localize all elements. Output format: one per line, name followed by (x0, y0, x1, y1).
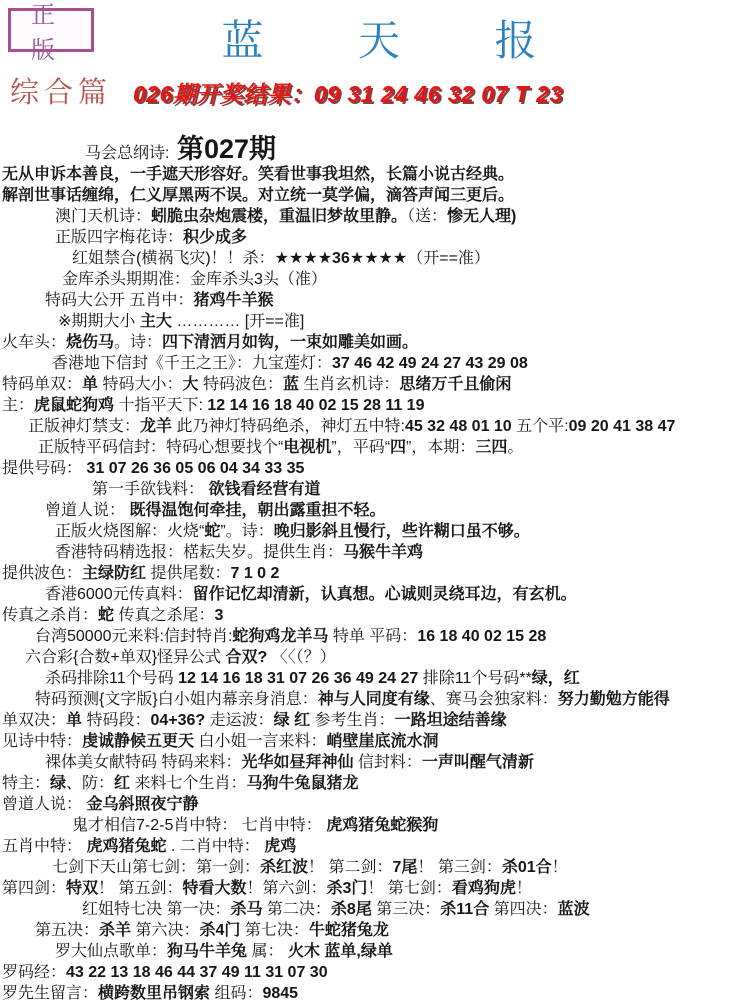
report-line: 红姐特七决 第一决：杀马 第二决：杀8尾 第三决：杀11合 第四决：蓝波 (0, 899, 730, 920)
line-segment: 第一手欲钱料： (92, 481, 208, 498)
line-segment: 马猴牛羊鸡 (343, 544, 423, 561)
line-segment: 无从申诉本善良，一手遮天形容好。笑看世事我坦然，长篇小说古经典。 (2, 166, 514, 183)
line-segment: 六合彩{合数+单双}怪异公式 (25, 649, 225, 666)
line-segment: 杀8尾 (331, 901, 372, 918)
line-segment: 。诗： (114, 334, 162, 351)
line-segment: 曾道人说： (2, 796, 86, 813)
line-segment: 烧伤马 (66, 334, 114, 351)
line-segment: 努力勤勉方能得 (558, 691, 670, 708)
line-segment: 特码大小： (98, 376, 182, 393)
line-segment: 白小姐一言来料： (194, 733, 326, 750)
line-segment: 属： (247, 943, 288, 960)
line-segment: 09 20 41 38 47 (569, 418, 676, 435)
line-segment: 特主： (2, 775, 50, 792)
line-segment: 留作记忆却清新，认真想。心诚则灵绕耳边，有玄机。 (193, 586, 577, 603)
line-segment: 解剖世事话缠绵，仁义厚黑两不误。对立统一莫学偏，滴答声闻三更后。 (2, 187, 514, 204)
report-line: 特码单双：单 特码大小：大 特码波色：蓝 生肖玄机诗：思绪万千且偷闲 (0, 374, 730, 395)
line-segment: 三四 (475, 439, 507, 456)
line-segment: 杀码排除11个号码 (45, 670, 178, 687)
line-segment: 31 07 26 36 05 06 04 34 33 35 (86, 460, 304, 477)
line-segment: 特看大数 (182, 880, 246, 897)
line-segment: 红姐禁合(横祸飞灾)！！杀： (72, 250, 275, 267)
line-segment: 16 18 40 02 15 28 (417, 628, 546, 645)
report-line: 见诗中特：虔诚静候五更天 白小姐一言来料：峭壁崖底流水洞 (0, 731, 730, 752)
line-segment: 特双 (66, 880, 98, 897)
line-segment: 主大 (140, 313, 172, 330)
line-segment: ※期期大小 (58, 313, 140, 330)
line-segment: 组码： (210, 985, 262, 1002)
report-line: 香港特码精选报：楛耘失岁。提供生肖：马猴牛羊鸡 (0, 542, 730, 563)
line-segment: 走运波： (205, 712, 273, 729)
line-segment: ！ (516, 880, 532, 897)
line-segment: 五肖中特： (2, 838, 86, 855)
line-segment: 金乌斜照夜宁静 (86, 796, 198, 813)
report-header: 正 版 蓝 天 报 综合篇 026期开奖结果：09 31 24 46 32 07… (0, 0, 730, 132)
line-segment: 鬼才相信7-2-5肖中特： 七肖中特： (72, 817, 326, 834)
line-segment: 四下清洒月如钩，一束如雕美如画。 (162, 334, 418, 351)
line-segment: 主绿防红 (82, 565, 146, 582)
line-segment: 四 (390, 439, 406, 456)
line-segment: 合双? (225, 649, 267, 666)
line-segment: 传真之杀肖： (2, 607, 98, 624)
line-segment: 台湾50000元来料:信封特肖: (35, 628, 232, 645)
line-segment: 3 (214, 607, 223, 624)
line-segment: 特码预测{文字版}白小姐内幕亲身消息： (35, 691, 318, 708)
line-segment: 绿，红 (532, 670, 580, 687)
line-segment: 第二决： (262, 901, 330, 918)
report-line: 曾道人说： 金乌斜照夜宁静 (0, 794, 730, 815)
line-segment: 参考生肖： (310, 712, 394, 729)
line-segment: 单 (82, 376, 98, 393)
line-segment: 杀羊 (99, 922, 131, 939)
line-segment: ！ 第三剑： (417, 859, 501, 876)
line-segment: 。 (507, 439, 523, 456)
line-segment: 9845 (262, 985, 298, 1002)
line-segment: 欲钱看经营有道 (208, 481, 320, 498)
line-segment: 提供号码： (2, 460, 86, 477)
line-segment: 特单 平码： (328, 628, 417, 645)
report-line: 五肖中特： 虎鸡猪兔蛇 . 二肖中特： 虎鸡 (0, 836, 730, 857)
line-segment: 排除11个号码** (418, 670, 532, 687)
line-segment: ★★★★36★★★★ (275, 250, 408, 267)
report-line: 罗大仙点歌单：狗马牛羊兔 属： 火木 蓝单,绿单 (0, 941, 730, 962)
line-segment: 45 32 48 01 10 (405, 418, 512, 435)
line-segment: 12 14 16 18 31 07 26 36 49 24 27 (178, 670, 418, 687)
line-segment: 杀4门 (199, 922, 240, 939)
line-segment: ………… [开==准] (172, 313, 304, 330)
line-segment: 特码波色： (199, 376, 283, 393)
line-segment: 此乃神灯特码绝杀，神灯五中特: (172, 418, 405, 435)
line-segment: 单 (66, 712, 82, 729)
line-segment: 04+36? (150, 712, 205, 729)
line-segment: 十指平天下: (114, 397, 207, 414)
line-segment: 裸体美女献特码 特码来料： (45, 754, 241, 771)
report-line: 正版四字梅花诗：积少成多 (0, 227, 730, 248)
report-line: 提供波色：主绿防红 提供尾数：7 1 0 2 (0, 563, 730, 584)
line-segment: 火车头： (2, 334, 66, 351)
report-line: 单双决：单 特码段：04+36? 走运波：绿 红 参考生肖：一路坦途结善缘 (0, 710, 730, 731)
line-segment: ！ 第五剑： (98, 880, 182, 897)
report-line: 杀码排除11个号码 12 14 16 18 31 07 26 36 49 24 … (0, 668, 730, 689)
line-segment: 第五决： (35, 922, 99, 939)
report-line: 金库杀头期期准：金库杀头3头（准） (0, 269, 730, 290)
report-line: 正版特平码信封：特码心想要找个“电视机”，平码“四”，本期：三四。 (0, 437, 730, 458)
report-line: 第五决：杀羊 第六决：杀4门 第七决：牛蛇猪兔龙 (0, 920, 730, 941)
line-segment: 、赛马会独家料： (430, 691, 558, 708)
line-segment: 第三决： (372, 901, 440, 918)
report-line: 罗先生留言：横跨数里吊钢索 组码：9845 (0, 983, 730, 1004)
report-line: 无从申诉本善良，一手遮天形容好。笑看世事我坦然，长篇小说古经典。 (0, 164, 730, 185)
line-segment: ”，本期： (406, 439, 475, 456)
line-segment: 猪鸡牛羊猴 (193, 292, 273, 309)
line-segment: 单双决： (2, 712, 66, 729)
line-segment: 思绪万千且偷闲 (399, 376, 511, 393)
line-segment: 提供波色： (2, 565, 82, 582)
line-segment: 杀红波 (260, 859, 308, 876)
line-segment: 生肖玄机诗： (299, 376, 399, 393)
line-segment: 积少成多 (183, 229, 247, 246)
line-segment: 虎鸡猪兔蛇猴狗 (326, 817, 438, 834)
report-line: 罗码经：43 22 13 18 46 44 37 49 11 31 07 30 (0, 962, 730, 983)
section-label: 综合篇 (10, 70, 112, 111)
line-segment: 罗大仙点歌单： (55, 943, 167, 960)
line-segment: 狗马牛羊兔 (167, 943, 247, 960)
report-line: 香港地下信封《千王之王》：九宝莲灯：37 46 42 49 24 27 43 2… (0, 353, 730, 374)
line-segment: （开==准） (407, 250, 490, 267)
line-segment: 杀01合 (502, 859, 552, 876)
line-segment: 横跨数里吊钢索 (98, 985, 210, 1002)
page-title: 蓝 天 报 (0, 8, 730, 68)
line-segment: 罗先生留言： (2, 985, 98, 1002)
line-segment: 来料七个生肖： (130, 775, 246, 792)
line-segment: 第七决： (240, 922, 308, 939)
report-line: 七剑下天山第七剑：第一剑：杀红波！ 第二剑：7尾！ 第三剑：杀01合！ (0, 857, 730, 878)
line-segment: 虎鸡猪兔蛇 (86, 838, 166, 855)
line-segment: 蓝波 (558, 901, 590, 918)
report-line: 鬼才相信7-2-5肖中特： 七肖中特： 虎鸡猪兔蛇猴狗 (0, 815, 730, 836)
report-line: 曾道人说： 既得温饱何牵挂，朝出露重担不轻。 (0, 500, 730, 521)
line-segment: 神与人同度有缘 (318, 691, 430, 708)
line-segment: 蛇狗鸡龙羊马 (232, 628, 328, 645)
line-segment: 第027期 (169, 134, 276, 164)
line-segment: 杀3门 (327, 880, 368, 897)
report-line: 第四剑：特双！ 第五剑：特看大数！第六剑：杀3门！ 第七剑：看鸡狗虎！ (0, 878, 730, 899)
report-line: 澳门天机诗：蚓脆虫杂炮震楼，重温旧梦故里静。（送：惨无人理) (0, 206, 730, 227)
line-segment: 蛇 (204, 523, 220, 540)
report-line: 传真之杀肖：蛇 传真之杀尾：3 (0, 605, 730, 626)
report-line: 裸体美女献特码 特码来料：光华如昼拜神仙 信封料：一声叫醒气清新 (0, 752, 730, 773)
line-segment: 虎鼠蛇狗鸡 (34, 397, 114, 414)
line-segment: 虎鸡 (264, 838, 296, 855)
report-line: 特码大公开 五肖中：猪鸡牛羊猴 (0, 290, 730, 311)
line-segment: 43 22 13 18 46 44 37 49 11 31 07 30 (66, 964, 328, 981)
line-segment: 第四决： (489, 901, 557, 918)
line-segment: 、防： (66, 775, 114, 792)
line-segment: 虔诚静候五更天 (82, 733, 194, 750)
line-segment: ”。诗： (220, 523, 273, 540)
line-segment: 主： (2, 397, 34, 414)
line-segment: 七剑下天山第七剑：第一剑： (52, 859, 260, 876)
line-segment: 一声叫醒气清新 (422, 754, 534, 771)
line-segment: 传真之杀尾： (114, 607, 214, 624)
line-segment: 牛蛇猪兔龙 (309, 922, 389, 939)
report-line: 红姐禁合(横祸飞灾)！！杀：★★★★36★★★★（开==准） (0, 248, 730, 269)
line-segment: ！ 第二剑： (308, 859, 392, 876)
line-segment: 〈〈（？） (267, 649, 335, 666)
line-segment: 香港地下信封《千王之王》：九宝莲灯： (52, 355, 332, 372)
report-line: 解剖世事话缠绵，仁义厚黑两不误。对立统一莫学偏，滴答声闻三更后。 (0, 185, 730, 206)
draw-result: 026期开奖结果：09 31 24 46 32 07 T 23 (133, 76, 563, 109)
line-segment: 惨无人理) (447, 208, 516, 225)
line-segment: 蛇 (98, 607, 114, 624)
line-segment: 晚归影斜且慢行，些许糊口虽不够。 (274, 523, 530, 540)
line-segment: 蓝 (283, 376, 299, 393)
line-segment: 澳门天机诗： (55, 208, 151, 225)
report-body: 马会总纲诗: 第027期无从申诉本善良，一手遮天形容好。笑看世事我坦然，长篇小说… (0, 132, 730, 1004)
report-line: 第一手欲钱料： 欲钱看经营有道 (0, 479, 730, 500)
report-line: 香港6000元传真料：留作记忆却清新，认真想。心诚则灵绕耳边，有玄机。 (0, 584, 730, 605)
line-segment: 看鸡狗虎 (452, 880, 516, 897)
line-segment: 特码大公开 五肖中： (45, 292, 193, 309)
line-segment: ！第六剑： (247, 880, 327, 897)
line-segment: 光华如昼拜神仙 (241, 754, 353, 771)
line-segment: 香港6000元传真料： (45, 586, 193, 603)
line-segment: 正版火烧图解：火烧“ (55, 523, 204, 540)
line-segment: 火木 蓝单,绿单 (288, 943, 393, 960)
line-segment: 金库杀头期期准：金库杀头3头（准） (62, 271, 327, 288)
line-segment: 杀马 (230, 901, 262, 918)
line-segment: 龙羊 (140, 418, 172, 435)
line-segment: 香港特码精选报：楛耘失岁。提供生肖： (55, 544, 343, 561)
line-segment: 红姐特七决 第一决： (82, 901, 230, 918)
line-segment: 绿 红 (274, 712, 310, 729)
line-segment: 7尾 (392, 859, 417, 876)
report-line: 台湾50000元来料:信封特肖:蛇狗鸡龙羊马 特单 平码：16 18 40 02… (0, 626, 730, 647)
line-segment: 蚓脆虫杂炮震楼，重温旧梦故里静。 (151, 208, 407, 225)
line-segment: ！ 第七剑： (367, 880, 451, 897)
line-segment: 五个平: (512, 418, 569, 435)
line-segment: ！ (552, 859, 568, 876)
line-segment: 特码单双： (2, 376, 82, 393)
line-segment: 既得温饱何牵挂，朝出露重担不轻。 (129, 502, 385, 519)
line-segment: 正版神灯禁支： (28, 418, 140, 435)
line-segment: 信封料： (353, 754, 421, 771)
line-segment: 一路坦途结善缘 (395, 712, 507, 729)
line-segment: 绿 (50, 775, 66, 792)
line-segment: 12 14 16 18 40 02 15 28 11 19 (207, 397, 424, 414)
line-segment: 见诗中特： (2, 733, 82, 750)
line-segment: 第四剑： (2, 880, 66, 897)
line-segment: 杀11合 (440, 901, 489, 918)
report-line: 正版火烧图解：火烧“蛇”。诗：晚归影斜且慢行，些许糊口虽不够。 (0, 521, 730, 542)
line-segment: （送： (407, 208, 447, 225)
report-line: 马会总纲诗: 第027期 (0, 134, 730, 164)
report-line: ※期期大小 主大 ………… [开==准] (0, 311, 730, 332)
report-line: 特码预测{文字版}白小姐内幕亲身消息：神与人同度有缘、赛马会独家料：努力勤勉方能… (0, 689, 730, 710)
report-line: 六合彩{合数+单双}怪异公式 合双? 〈〈（？） (0, 647, 730, 668)
report-line: 主：虎鼠蛇狗鸡 十指平天下: 12 14 16 18 40 02 15 28 1… (0, 395, 730, 416)
report-line: 正版神灯禁支：龙羊 此乃神灯特码绝杀，神灯五中特:45 32 48 01 10 … (0, 416, 730, 437)
line-segment: 曾道人说： (45, 502, 129, 519)
line-segment: 红 (114, 775, 130, 792)
line-segment: 第六决： (131, 922, 199, 939)
report-line: 特主：绿、防：红 来料七个生肖：马狗牛兔鼠猪龙 (0, 773, 730, 794)
line-segment: 提供尾数： (146, 565, 230, 582)
line-segment: 大 (182, 376, 198, 393)
line-segment: 罗码经： (2, 964, 66, 981)
line-segment: . 二肖中特： (166, 838, 264, 855)
report-line: 火车头：烧伤马。诗：四下清洒月如钩，一束如雕美如画。 (0, 332, 730, 353)
line-segment: 马会总纲诗: (85, 145, 169, 162)
line-segment: 特码段： (82, 712, 150, 729)
line-segment: 峭壁崖底流水洞 (326, 733, 438, 750)
report-line: 提供号码： 31 07 26 36 05 06 04 34 33 35 (0, 458, 730, 479)
line-segment: 马狗牛兔鼠猪龙 (247, 775, 359, 792)
line-segment: 37 46 42 49 24 27 43 29 08 (332, 355, 528, 372)
line-segment: 电视机 (283, 439, 331, 456)
line-segment: 正版特平码信封：特码心想要找个“ (38, 439, 283, 456)
line-segment: 正版四字梅花诗： (55, 229, 183, 246)
line-segment: 7 1 0 2 (230, 565, 279, 582)
line-segment: ”，平码“ (331, 439, 390, 456)
